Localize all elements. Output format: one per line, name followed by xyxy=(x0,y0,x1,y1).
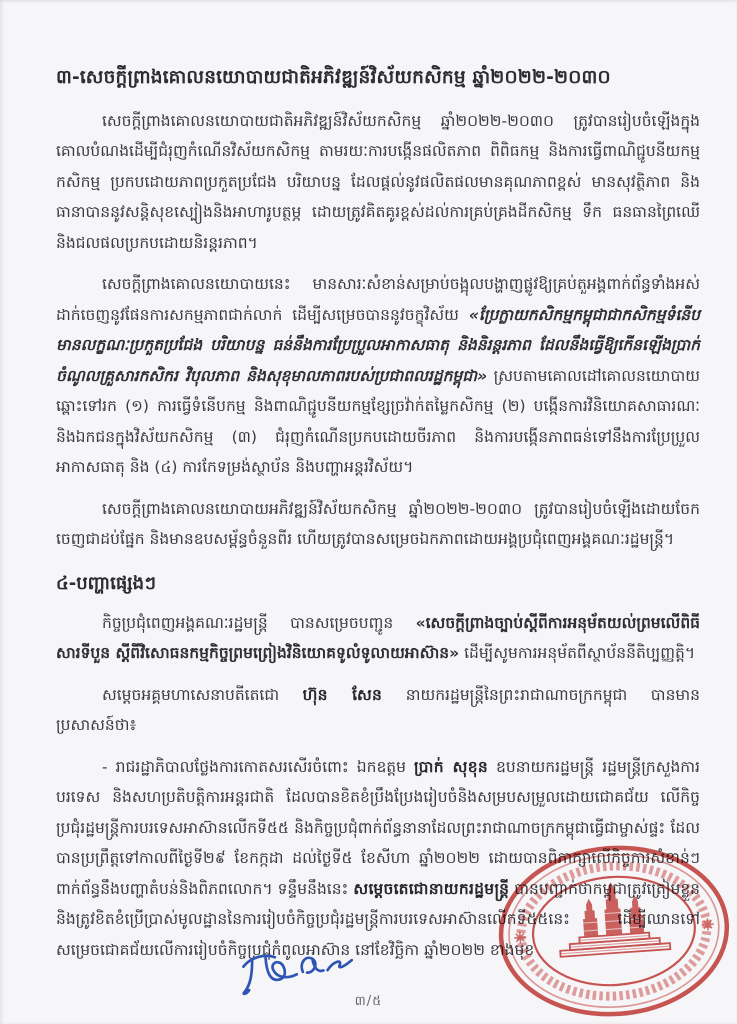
pm-name: ហ៊ុន សែន xyxy=(303,686,383,704)
paragraph-policy-purpose: សេចក្តីព្រាងគោលនយោបាយជាតិអភិវឌ្ឍន៍វិស័យក… xyxy=(56,106,700,259)
paragraph-pm-statement-intro: សម្តេចអគ្គមហាសេនាបតីតេជោ ហ៊ុន សែន នាយករដ… xyxy=(56,680,700,741)
pm-title-bold: សម្តេចតេជោនាយករដ្ឋមន្ត្រី xyxy=(353,880,509,898)
paragraph-other-issues: កិច្ចប្រជុំពេញអង្គគណៈរដ្ឋមន្ត្រី បានសម្រ… xyxy=(56,608,700,669)
scanned-document-page: ៣-សេចក្តីព្រាងគោលនយោបាយជាតិអភិវឌ្ឍន៍វិស័… xyxy=(0,0,737,1024)
paragraph-text: ដើម្បីសូមការអនុម័តពីស្ថាប័ននីតិប្បញ្ញត្ត… xyxy=(459,644,695,662)
paragraph-text: សម្តេចអគ្គមហាសេនាបតីតេជោ xyxy=(102,686,303,704)
paragraph-text: សេចក្តីព្រាងគោលនយោបាយអភិវឌ្ឍន៍វិស័យកសិកម… xyxy=(56,500,700,549)
paragraph-text: - រាជរដ្ឋាភិបាលថ្លែងការកោតសរសើរចំពោះ ឯកឧ… xyxy=(102,758,414,776)
paragraph-policy-structure: សេចក្តីព្រាងគោលនយោបាយអភិវឌ្ឍន៍វិស័យកសិកម… xyxy=(56,494,700,555)
section-3-heading: ៣-សេចក្តីព្រាងគោលនយោបាយជាតិអភិវឌ្ឍន៍វិស័… xyxy=(56,64,700,92)
page-number: ៣/៥ xyxy=(0,993,737,1012)
paragraph-policy-vision: សេចក្តីព្រាងគោលនយោបាយនេះ មានសារៈសំខាន់សម… xyxy=(56,269,700,483)
minister-name: ប្រាក់ សុខុន xyxy=(414,758,488,776)
section-4-heading: ៤-បញ្ហាផ្សេងៗ xyxy=(56,571,700,598)
paragraph-text: កិច្ចប្រជុំពេញអង្គគណៈរដ្ឋមន្ត្រី បានសម្រ… xyxy=(102,614,416,632)
signature-strokes xyxy=(241,950,353,994)
document-body: ៣-សេចក្តីព្រាងគោលនយោបាយជាតិអភិវឌ្ឍន៍វិស័… xyxy=(56,64,700,976)
paragraph-text: សេចក្តីព្រាងគោលនយោបាយជាតិអភិវឌ្ឍន៍វិស័យក… xyxy=(56,112,700,252)
